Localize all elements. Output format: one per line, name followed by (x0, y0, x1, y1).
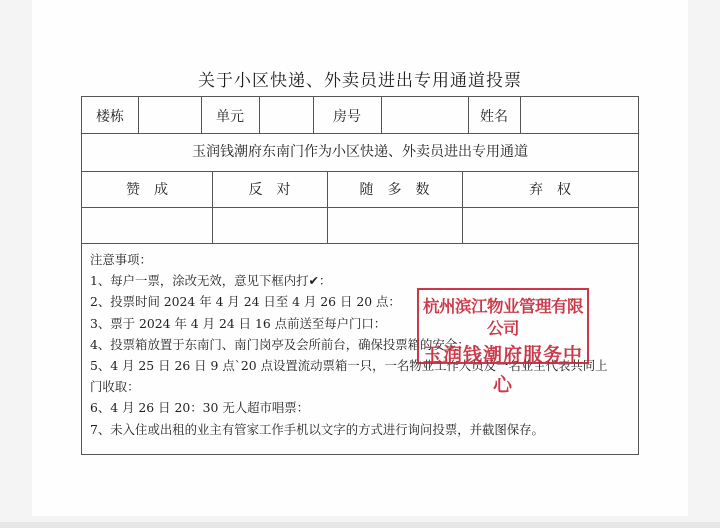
follow-majority-checkbox[interactable] (327, 209, 462, 243)
building-label: 楼栋 (82, 106, 138, 126)
option-follow-majority-label: 随 多 数 (327, 179, 462, 199)
unit-label: 单元 (201, 106, 259, 126)
row-divider (82, 243, 638, 244)
notes-heading: 注意事项： (90, 249, 608, 270)
note-item: 6、4 月 26 日 20：30 无人超市唱票： (90, 397, 608, 418)
document-title: 关于小区快递、外卖员进出专用通道投票 (80, 66, 640, 91)
bottom-edge (0, 522, 720, 528)
option-abstain-label: 弃 权 (462, 179, 638, 199)
stamp-line-1: 杭州滨江物业管理有限公司 (419, 296, 587, 340)
col-divider (520, 97, 521, 133)
col-divider (381, 97, 382, 133)
room-label: 房号 (313, 106, 381, 126)
name-label: 姓名 (468, 106, 520, 126)
proposal-text: 玉润钱潮府东南门作为小区快递、外卖员进出专用通道 (82, 141, 638, 161)
option-oppose-label: 反 对 (212, 179, 327, 199)
ballot-table: 楼栋 单元 房号 姓名 玉润钱潮府东南门作为小区快递、外卖员进出专用通道 赞 成… (81, 96, 639, 455)
row-divider (82, 133, 638, 134)
company-stamp: 杭州滨江物业管理有限公司 玉润钱潮府服务中心 (417, 288, 589, 364)
stamp-line-2: 玉润钱潮府服务中心 (419, 340, 587, 400)
col-divider (138, 97, 139, 133)
approve-checkbox[interactable] (82, 209, 212, 243)
row-divider (82, 171, 638, 172)
option-approve-label: 赞 成 (82, 179, 212, 199)
col-divider (259, 97, 260, 133)
oppose-checkbox[interactable] (212, 209, 327, 243)
note-item: 7、未入住或出租的业主有管家工作手机以文字的方式进行询问投票，并截图保存。 (90, 419, 608, 440)
abstain-checkbox[interactable] (462, 209, 638, 243)
row-divider (82, 207, 638, 208)
